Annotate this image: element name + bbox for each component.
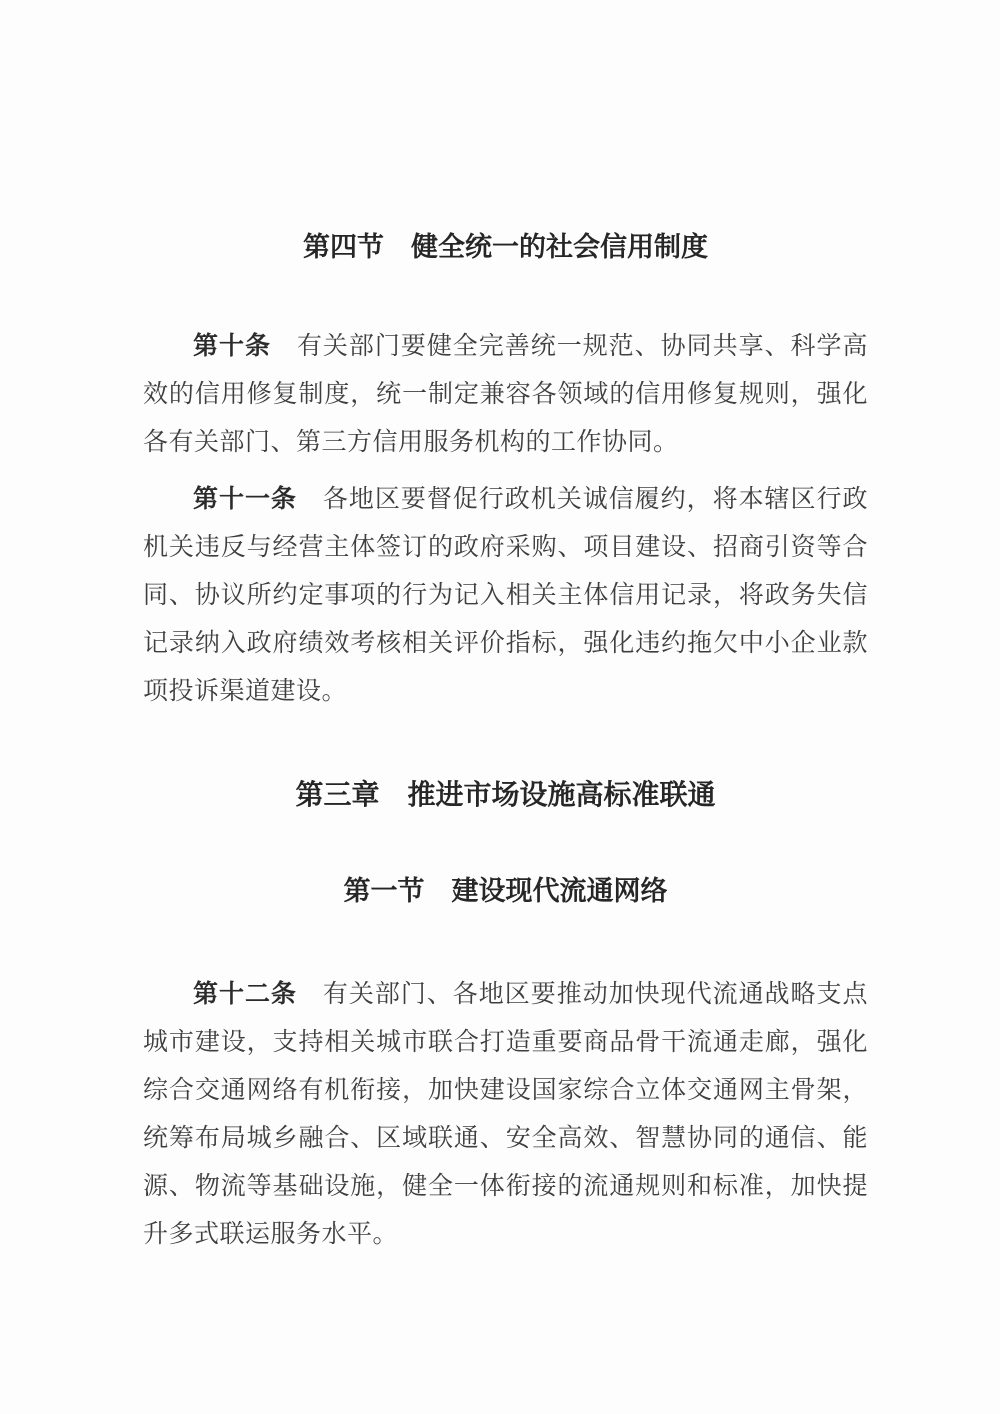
article-10-paragraph: 第十条有关部门要健全完善统一规范、协同共享、科学高效的信用修复制度，统一制定兼容… bbox=[143, 322, 868, 467]
article-11-number: 第十一条 bbox=[193, 484, 297, 513]
article-11-paragraph: 第十一条各地区要督促行政机关诚信履约，将本辖区行政机关违反与经营主体签订的政府采… bbox=[143, 475, 868, 716]
section-4-heading: 第四节 健全统一的社会信用制度 bbox=[143, 224, 868, 272]
article-12-paragraph: 第十二条有关部门、各地区要推动加快现代流通战略支点城市建设，支持相关城市联合打造… bbox=[143, 970, 868, 1259]
article-12-number: 第十二条 bbox=[193, 979, 297, 1008]
document-page: 第四节 健全统一的社会信用制度 第十条有关部门要健全完善统一规范、协同共享、科学… bbox=[0, 0, 1000, 1414]
article-11-text: 各地区要督促行政机关诚信履约，将本辖区行政机关违反与经营主体签订的政府采购、项目… bbox=[143, 486, 868, 705]
chapter-3-heading: 第三章 推进市场设施高标准联通 bbox=[143, 771, 868, 819]
article-10-number: 第十条 bbox=[193, 331, 271, 360]
article-12-text: 有关部门、各地区要推动加快现代流通战略支点城市建设，支持相关城市联合打造重要商品… bbox=[143, 981, 868, 1248]
section-1-heading: 第一节 建设现代流通网络 bbox=[143, 868, 868, 916]
